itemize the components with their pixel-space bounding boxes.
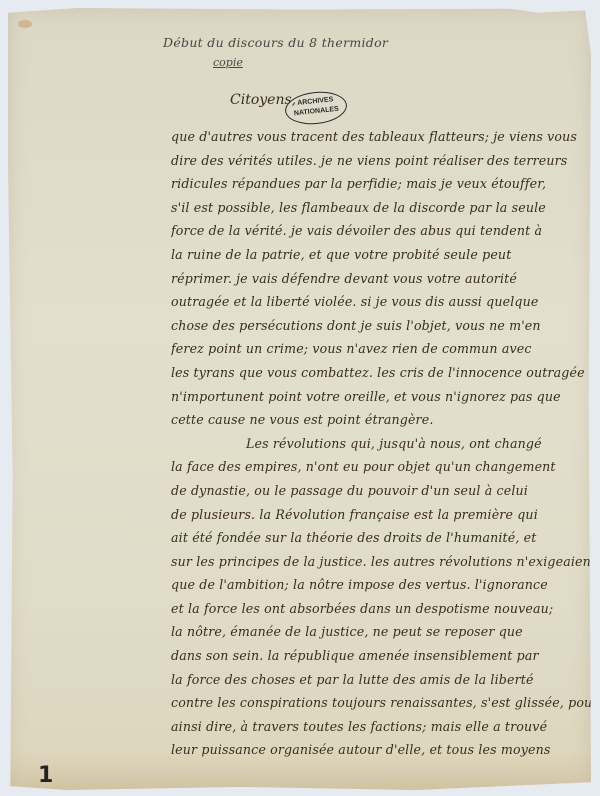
text-line: de dynastie, ou le passage du pouvoir d'… bbox=[171, 479, 591, 503]
text-line: chose des persécutions dont je suis l'ob… bbox=[171, 314, 591, 338]
archival-header-note: Début du discours du 8 thermidor bbox=[163, 35, 388, 50]
page-number: 1 bbox=[38, 763, 53, 788]
text-line: dans son sein. la république amenée inse… bbox=[171, 644, 591, 668]
text-line: et la force les ont absorbées dans un de… bbox=[171, 597, 591, 621]
copy-note: copie bbox=[213, 56, 243, 69]
text-line: ridicules répandues par la perfidie; mai… bbox=[171, 172, 591, 196]
text-line: sur les principes de la justice. les aut… bbox=[171, 550, 591, 574]
text-line: dire des vérités utiles. je ne viens poi… bbox=[171, 149, 591, 173]
text-line: contre les conspirations toujours renais… bbox=[171, 691, 591, 715]
text-line: leur puissance organisée autour d'elle, … bbox=[171, 738, 591, 762]
text-line: la face des empires, n'ont eu pour objet… bbox=[171, 455, 591, 479]
text-line: la ruine de la patrie, et que votre prob… bbox=[171, 243, 591, 267]
text-line: ait été fondée sur la théorie des droits… bbox=[171, 526, 591, 550]
text-line: de plusieurs. la Révolution française es… bbox=[171, 503, 591, 527]
text-line: que d'autres vous tracent des tableaux f… bbox=[171, 125, 591, 149]
text-line: cette cause ne vous est point étrangère. bbox=[171, 408, 591, 432]
text-line: ferez point un crime; vous n'avez rien d… bbox=[171, 337, 591, 361]
paragraph-start-line: Les révolutions qui, jusqu'à nous, ont c… bbox=[171, 432, 591, 456]
text-line: les tyrans que vous combattez. les cris … bbox=[171, 361, 591, 385]
manuscript-page: Début du discours du 8 thermidor copie C… bbox=[8, 8, 591, 790]
text-line: outragée et la liberté violée. si je vou… bbox=[171, 290, 591, 314]
text-line: force de la vérité. je vais dévoiler des… bbox=[171, 219, 591, 243]
paper-stain bbox=[18, 20, 32, 28]
text-line: n'importunent point votre oreille, et vo… bbox=[171, 385, 591, 409]
text-line: que de l'ambition; la nôtre impose des v… bbox=[171, 573, 591, 597]
text-line: s'il est possible, les flambeaux de la d… bbox=[171, 196, 591, 220]
text-line: la nôtre, émanée de la justice, ne peut … bbox=[171, 620, 591, 644]
text-line: réprimer. je vais défendre devant vous v… bbox=[171, 267, 591, 291]
text-line: ainsi dire, à travers toutes les faction… bbox=[171, 715, 591, 739]
text-line: la force des choses et par la lutte des … bbox=[171, 668, 591, 692]
manuscript-body: que d'autres vous tracent des tableaux f… bbox=[171, 125, 591, 762]
